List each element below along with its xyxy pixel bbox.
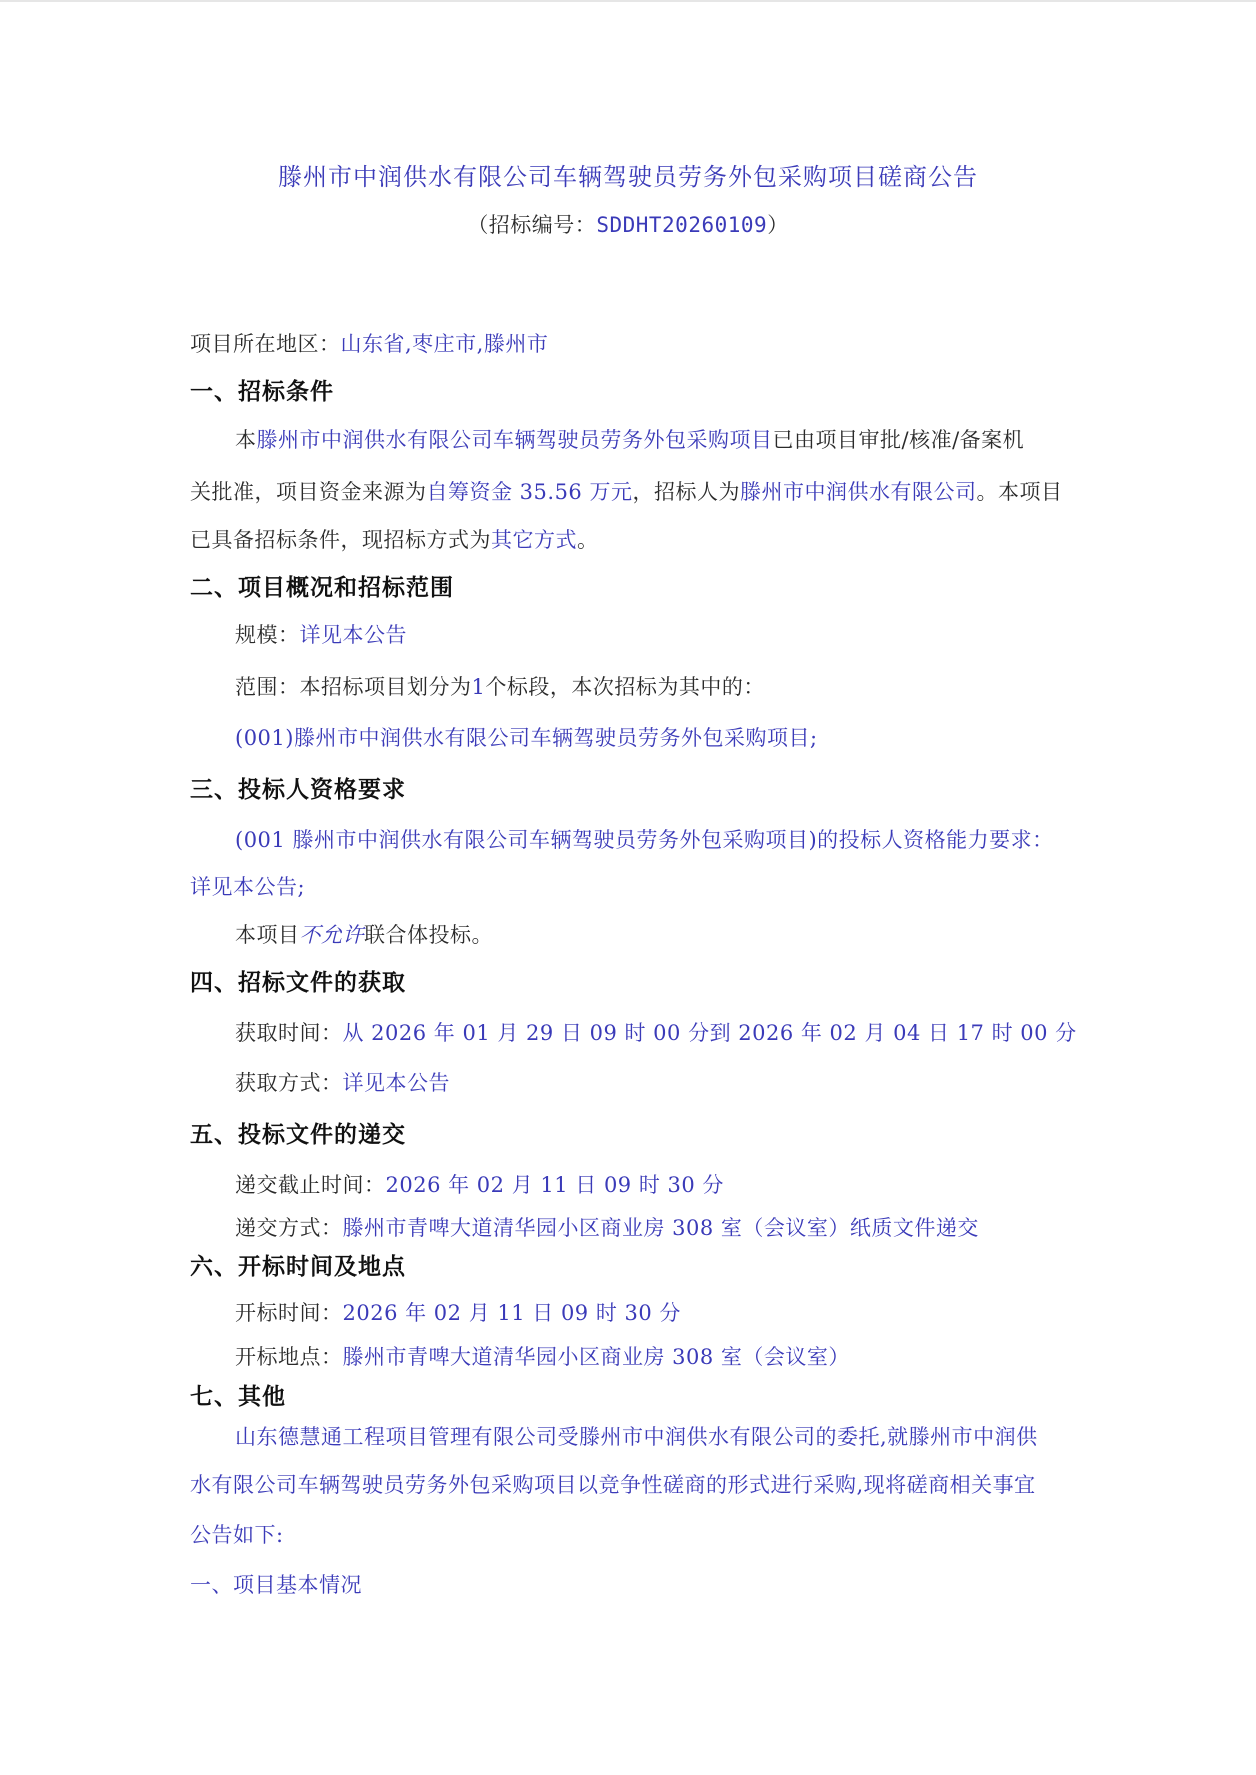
opening-time-label: 开标时间：	[235, 1301, 343, 1325]
tenderer-name: 滕州市中润供水有限公司	[740, 480, 977, 504]
text: 已具备招标条件，现招标方式为	[190, 528, 491, 552]
other-paragraph-line-1: 山东德慧通工程项目管理有限公司受滕州市中润供水有限公司的委托,就滕州市中润供	[235, 1422, 1070, 1452]
funding-source: 自筹资金 35.56 万元	[427, 480, 633, 504]
submission-deadline-value: 2026 年 02 月 11 日 09 时 30 分	[386, 1173, 724, 1197]
acquisition-time-value: 从 2026 年 01 月 29 日 09 时 00 分到 2026 年 02 …	[343, 1021, 1077, 1045]
conditions-paragraph-line-2: 关批准，项目资金来源为自筹资金 35.56 万元，招标人为滕州市中润供水有限公司…	[190, 477, 1070, 507]
text: 范围：本招标项目划分为	[235, 675, 472, 699]
text: 个标段，本次招标为其中的：	[485, 675, 765, 699]
text: 。	[577, 528, 599, 552]
bidding-method: 其它方式	[491, 528, 577, 552]
other-paragraph-line-2: 水有限公司车辆驾驶员劳务外包采购项目以竞争性磋商的形式进行采购,现将磋商相关事宜	[190, 1470, 1070, 1500]
conditions-paragraph-line-3: 已具备招标条件，现招标方式为其它方式。	[190, 525, 1070, 555]
opening-place-line: 开标地点：滕州市青啤大道清华园小区商业房 308 室（会议室）	[235, 1342, 1070, 1372]
project-name: 滕州市中润供水有限公司车辆驾驶员劳务外包采购项目	[257, 428, 773, 452]
scale-label: 规模：	[235, 623, 300, 647]
section-heading-overview-scope: 二、项目概况和招标范围	[190, 573, 1070, 603]
text: 本	[235, 428, 257, 452]
page-top-border	[0, 0, 1256, 2]
acquisition-method-line: 获取方式：详见本公告	[235, 1068, 1070, 1098]
lot-count: 1	[472, 675, 486, 699]
section-heading-document-acquisition: 四、招标文件的获取	[190, 968, 1070, 998]
consortium-line: 本项目不允许联合体投标。	[235, 920, 1070, 950]
region-value: 山东省,枣庄市,滕州市	[341, 332, 549, 356]
text: 关批准，项目资金来源为	[190, 480, 427, 504]
text: ，招标人为	[632, 480, 740, 504]
opening-time-value: 2026 年 02 月 11 日 09 时 30 分	[343, 1301, 681, 1325]
opening-place-value: 滕州市青啤大道清华园小区商业房 308 室（会议室）	[343, 1345, 850, 1369]
acquisition-time-label: 获取时间：	[235, 1021, 343, 1045]
scope-line: 范围：本招标项目划分为1个标段，本次招标为其中的：	[235, 672, 1070, 702]
consortium-status: 不允许	[300, 923, 365, 947]
text: 已由项目审批/核准/备案机	[773, 428, 1025, 452]
sub-heading-basic-info: 一、项目基本情况	[190, 1570, 1070, 1600]
other-paragraph-line-3: 公告如下:	[190, 1520, 1070, 1550]
opening-time-line: 开标时间：2026 年 02 月 11 日 09 时 30 分	[235, 1298, 1070, 1328]
text: 本项目	[235, 923, 300, 947]
tender-number-label: （招标编号：	[467, 213, 596, 237]
project-region: 项目所在地区：山东省,枣庄市,滕州市	[190, 329, 1070, 359]
document-title: 滕州市中润供水有限公司车辆驾驶员劳务外包采购项目磋商公告	[0, 162, 1256, 192]
tender-number-value: SDDHT20260109	[596, 213, 767, 237]
submission-method-value: 滕州市青啤大道清华园小区商业房 308 室（会议室）纸质文件递交	[343, 1216, 979, 1240]
text: 。本项目	[976, 480, 1062, 504]
section-heading-bid-submission: 五、投标文件的递交	[190, 1120, 1070, 1150]
qualification-line-2: 详见本公告;	[190, 872, 1070, 902]
scale-value: 详见本公告	[300, 623, 408, 647]
qualification-line-1: (001 滕州市中润供水有限公司车辆驾驶员劳务外包采购项目)的投标人资格能力要求…	[235, 825, 1070, 855]
conditions-paragraph-line-1: 本滕州市中润供水有限公司车辆驾驶员劳务外包采购项目已由项目审批/核准/备案机	[235, 425, 1070, 455]
tender-number-line: （招标编号：SDDHT20260109）	[0, 210, 1256, 240]
submission-method-label: 递交方式：	[235, 1216, 343, 1240]
section-heading-opening: 六、开标时间及地点	[190, 1252, 1070, 1282]
section-heading-other: 七、其他	[190, 1382, 1070, 1412]
text: 的投标人资格能力要求：	[817, 828, 1054, 852]
submission-method-line: 递交方式：滕州市青啤大道清华园小区商业房 308 室（会议室）纸质文件递交	[235, 1213, 1070, 1243]
submission-deadline-label: 递交截止时间：	[235, 1173, 386, 1197]
lot-item: (001)滕州市中润供水有限公司车辆驾驶员劳务外包采购项目;	[235, 723, 1070, 753]
section-heading-bidding-conditions: 一、招标条件	[190, 377, 1070, 407]
submission-deadline-line: 递交截止时间：2026 年 02 月 11 日 09 时 30 分	[235, 1170, 1070, 1200]
acquisition-time-line: 获取时间：从 2026 年 01 月 29 日 09 时 00 分到 2026 …	[235, 1018, 1070, 1048]
text: 联合体投标。	[364, 923, 493, 947]
scale-line: 规模：详见本公告	[235, 620, 1070, 650]
tender-number-suffix: ）	[767, 213, 789, 237]
region-label: 项目所在地区：	[190, 332, 341, 356]
section-heading-bidder-qualifications: 三、投标人资格要求	[190, 775, 1070, 805]
acquisition-method-label: 获取方式：	[235, 1071, 343, 1095]
opening-place-label: 开标地点：	[235, 1345, 343, 1369]
acquisition-method-value: 详见本公告	[343, 1071, 451, 1095]
lot-reference: (001 滕州市中润供水有限公司车辆驾驶员劳务外包采购项目)	[235, 828, 817, 852]
